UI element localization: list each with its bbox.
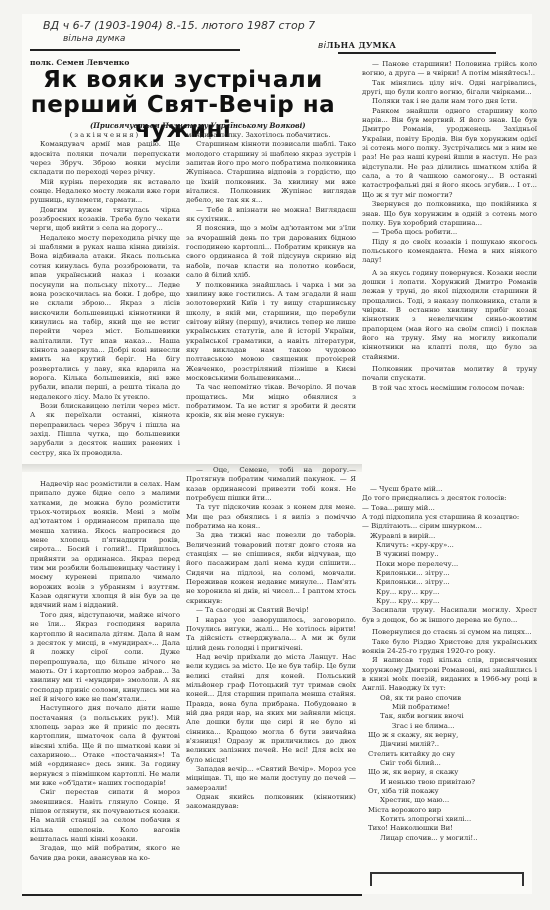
paragraph: — Та сьогодні ж Святий Вечір! <box>186 606 356 615</box>
footer-rule <box>22 894 362 896</box>
scanned-newspaper-page: ВД ч 6-7 (1903-1904) 8.-15. лютого 1987 … <box>0 0 550 910</box>
song-line: До того приєднались з десяток голосів: <box>362 494 537 503</box>
end-of-article-bracket <box>370 872 524 886</box>
paragraph: Піду я до своїх козаків і пошукаю якогос… <box>362 238 537 266</box>
paragraph: Я написав тоді кілька слів, присвячених … <box>362 656 537 693</box>
poem-line: Ой, як ти рано спочив <box>362 694 537 703</box>
paragraph: Ранком знайшли одного старшину коло нарі… <box>362 107 537 200</box>
song-line: В чужині помру.. <box>362 550 537 559</box>
paragraph: Наступного дня почало діяти наше постача… <box>30 704 180 788</box>
paragraph: Я пояснив, що з моїм ад'ютантом ми з'їли… <box>186 224 356 280</box>
song-line: — Това...ришу мій... <box>362 504 537 513</box>
paragraph: Та тут підскочив козак з конем для мене.… <box>186 503 356 531</box>
paragraph: Звернувся до полковника, що покійника я … <box>362 200 537 228</box>
paragraph: Згадав, що мій побратим, якого не бачив … <box>30 844 180 863</box>
masthead-title: ЛЬНА ДУМКА <box>326 40 396 50</box>
poem-line: Міста ворожого вир <box>362 806 537 815</box>
paragraph: І нараз усе заворушилось, заговорило. По… <box>186 616 356 653</box>
poem-line: Стелить китайку до сну <box>362 750 537 759</box>
poem-line: От, хіба тій покажу <box>362 787 537 796</box>
poem-line: Тихо! Навколюшки Ви! <box>362 824 537 833</box>
article-column-5: — Оце, Семене, тобі на дорогу.— Протягну… <box>186 466 356 812</box>
paragraph: — Оце, Семене, тобі на дорогу.— Протягну… <box>186 466 356 503</box>
song-line: — Чуєш брате мій... <box>362 485 537 494</box>
paragraph: Та час непомітно тікав. Вечоріло. Я поча… <box>186 383 356 420</box>
newspaper-masthead: віЛЬНА ДУМКА <box>318 40 396 51</box>
song-line: Кру... кру... кру... <box>362 597 537 606</box>
paragraph: — Треба щось робити... <box>362 228 537 237</box>
song-line: — Відлітають... сірим шнурком... <box>362 522 537 531</box>
paragraph: Старшинам кінноти позвисали шаблі. Тако … <box>186 140 356 205</box>
paragraph: — Тебе й впізнати не можна! Виглядаєш як… <box>186 206 356 225</box>
poem-line: Сніг тобі білий... <box>362 759 537 768</box>
paragraph: Над вечір приїхали до міста Ланцут. Нас … <box>186 653 356 765</box>
paragraph: В той час хтось несмішим голосом почав: <box>362 384 537 393</box>
song-line: Кличуть: «кру-кру»... <box>362 541 537 550</box>
song-line: Поки море перелечу... <box>362 560 537 569</box>
paragraph: Мій курінь переходив як вставало сонце. … <box>30 178 180 206</box>
article-column-6: — Чуєш брате мій... До того приєднались … <box>362 485 537 843</box>
paragraph: Полковник прочитав молитву й труну почал… <box>362 365 537 384</box>
paragraph: Так мінялись цілу ніч. Одні нагрівались,… <box>362 79 537 98</box>
paragraph: Сніг перестав сипати й мороз зменшився. … <box>30 788 180 844</box>
song-line: Журавлі в вирій... <box>362 532 537 541</box>
paragraph: А за якусь годину повернувся. Козаки нес… <box>362 269 537 362</box>
article-column-2: мандира полку. Захотілось побачитись. Ст… <box>186 131 356 421</box>
song-line: А тоді підхопила уся старшина й козацтво… <box>362 513 537 522</box>
article-column-4: Надвечір нас розмістили в селах. Нам при… <box>30 480 180 863</box>
article-byline: полк. Семен Левченко <box>30 58 129 67</box>
paragraph: Надвечір нас розмістили в селах. Нам при… <box>30 480 180 611</box>
song-line: Крилоньки... зітру... <box>362 569 537 578</box>
song-lyrics: — Чуєш брате мій... До того приєднались … <box>362 485 537 606</box>
poem-line: Згас і не блима... <box>362 722 537 731</box>
poem-line: Хрестик, що маю... <box>362 796 537 805</box>
paragraph: Однак якийсь полковник (кіннотник) заком… <box>186 793 356 812</box>
paragraph: Командувач армії мав рацію. Ще вдосвіта … <box>30 140 180 177</box>
continuation-note: (закінчення) <box>30 131 180 140</box>
poem-line: Лицар спочив... у могилі!.. <box>362 834 537 843</box>
handwritten-source: вільна думка <box>63 33 125 45</box>
header-rule-left <box>30 49 240 51</box>
paragraph: Довгим вужем тягнулась чірка роззброєних… <box>30 206 180 234</box>
poem-line: Що ж, як верну, я скажу <box>362 768 537 777</box>
paragraph: У полковника знайшлась і чарка і ми за х… <box>186 281 356 384</box>
paragraph: Таке було Різдво Христове для українськи… <box>362 638 537 657</box>
handwritten-reference: ВД ч 6-7 (1903-1904) 8.-15. лютого 1987 … <box>43 20 315 32</box>
paragraph: Западав вечір... «Святий Вечір». Мороз у… <box>186 765 356 793</box>
paragraph: Недалеко мосту переходила річку ще зі ша… <box>30 234 180 402</box>
paragraph: Того дня, відступаючи, майже нічого не ї… <box>30 611 180 704</box>
article-dedication: (Присвячується Незнаному Українському Во… <box>90 121 306 130</box>
poem-line: Котить злопрогні хвилі... <box>362 815 537 824</box>
header-rule-right <box>338 52 496 54</box>
song-line: Крилоньки... зітру... <box>362 578 537 587</box>
paragraph: мандира полку. Захотілось побачитись. <box>186 131 356 140</box>
paragraph: Засипали труну. Насипали могилу. Хрест б… <box>362 606 537 625</box>
poem-line: Так, якби вогник вночі <box>362 712 537 721</box>
poem-line: И ненькю твою привітаю? <box>362 778 537 787</box>
song-line: Кру... кру... кру... <box>362 588 537 597</box>
poem-line: Дівчині милій?.. <box>362 740 537 749</box>
paragraph: За два тижні нас повезли до таборів. Вел… <box>186 531 356 606</box>
memorial-poem: Ой, як ти рано спочив Мій побратиме! Так… <box>362 694 537 844</box>
poem-line: Мій побратиме! <box>362 703 537 712</box>
paragraph: Вози блискавицею летіли через міст. А як… <box>30 402 180 458</box>
article-column-1: (закінчення) Командувач армії мав рацію.… <box>30 131 180 458</box>
poem-line: Що ж я скажу, як верну, <box>362 731 537 740</box>
paragraph: — Панове старшини! Половина грійсь коло … <box>362 60 537 79</box>
paragraph: Повернулися до стаєнь зі сумом на лицях.… <box>362 628 537 637</box>
article-column-3: — Панове старшини! Половина грійсь коло … <box>362 60 537 393</box>
paragraph: Поляки так і не дали нам того дня їсти. <box>362 97 537 106</box>
